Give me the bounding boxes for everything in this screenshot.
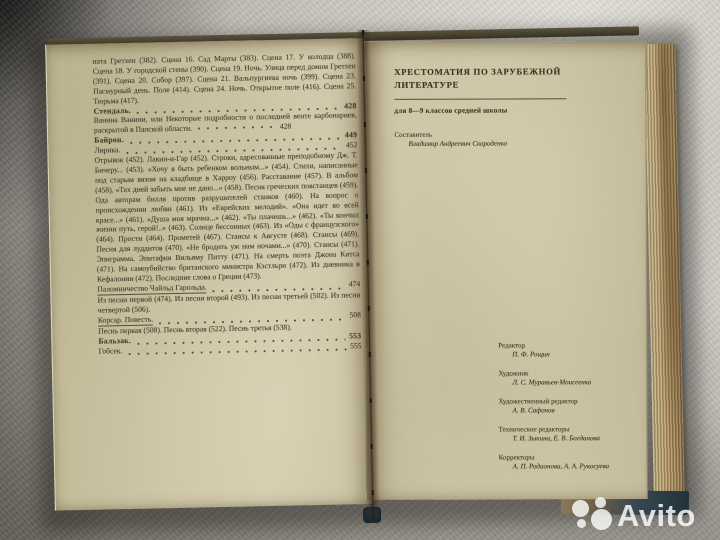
left-page: ната Гретхен (382). Сцена 16. Сад Марты … <box>45 38 374 511</box>
avito-logo-icon <box>591 509 612 530</box>
toc-page-number: 553 <box>349 332 362 342</box>
role-art-editor: Художественный редактор А. В. Сафонов <box>498 397 632 415</box>
compiler-name: Владимир Андреевич Скороденко <box>409 139 632 149</box>
role-label: Технические редакторы <box>499 425 633 434</box>
compiler-block: Составитель Владимир Андреевич Скороденк… <box>394 130 631 149</box>
avito-logo-icon <box>595 497 606 508</box>
table-of-contents: ната Гретхен (382). Сцена 16. Сад Марты … <box>92 51 361 357</box>
right-page: ХРЕСТОМАТИЯ ПО ЗАРУБЕЖНОЙ ЛИТЕРАТУРЕ для… <box>365 41 648 500</box>
toc-title: Гобсек. <box>99 346 123 356</box>
role-names: П. Ф. Рощин <box>512 350 632 359</box>
toc-title: Байрон. <box>94 135 124 146</box>
role-proofreaders: Корректоры А. П. Родионова, А. А. Рукосу… <box>499 453 633 471</box>
avito-logo-icon <box>572 500 589 517</box>
book-title-line2: ЛИТЕРАТУРЕ <box>394 78 631 91</box>
toc-title: Лирика. <box>94 145 120 155</box>
avito-brand-text: Avito <box>617 498 696 534</box>
toc-lyrics-paragraph: Отрывок (452). Лакин-и-Гар (452). Строки… <box>95 150 361 284</box>
role-artist: Художник Л. С. Муравьев-Моисеенко <box>498 369 632 387</box>
toc-title: Бальзак. <box>98 336 131 347</box>
toc-continuation-paragraph: ната Гретхен (382). Сцена 16. Сад Марты … <box>92 51 356 106</box>
avito-logo-icon <box>577 519 586 528</box>
role-label: Художественный редактор <box>498 397 632 406</box>
role-names: Т. И. Зыкина, Е. В. Богданова <box>513 434 633 443</box>
toc-page-number: 508 <box>349 310 361 320</box>
role-tech-editors: Технические редакторы Т. И. Зыкина, Е. В… <box>499 425 633 443</box>
toc-page-number: 449 <box>345 130 358 140</box>
staff-roles: Редактор П. Ф. Рощин Художник Л. С. Мура… <box>498 341 632 471</box>
toc-page-number: 555 <box>350 341 362 351</box>
colophon: ХРЕСТОМАТИЯ ПО ЗАРУБЕЖНОЙ ЛИТЕРАТУРЕ для… <box>394 65 632 482</box>
book-title-line1: ХРЕСТОМАТИЯ ПО ЗАРУБЕЖНОЙ <box>394 65 631 78</box>
role-names: А. В. Сафонов <box>512 406 632 415</box>
toc-page-number: 428 <box>344 101 357 111</box>
role-label: Редактор <box>498 341 632 350</box>
toc-page-number: 452 <box>346 140 358 150</box>
toc-page-number: 474 <box>349 279 361 289</box>
role-label: Художник <box>498 369 632 378</box>
open-book: ната Гретхен (382). Сцена 16. Сад Марты … <box>37 19 697 525</box>
role-names: А. П. Родионова, А. А. Рукосуева <box>513 462 633 471</box>
role-editor: Редактор П. Ф. Рощин <box>498 341 632 359</box>
edition-note: для 8—9 классов средней школы <box>394 106 631 116</box>
role-names: Л. С. Муравьев-Моисеенко <box>512 378 632 387</box>
toc-page-number: 428 <box>280 122 292 131</box>
dotted-leader <box>197 122 275 131</box>
title-rule <box>394 98 566 100</box>
role-label: Корректоры <box>499 453 633 462</box>
avito-watermark: Avito <box>564 496 720 540</box>
